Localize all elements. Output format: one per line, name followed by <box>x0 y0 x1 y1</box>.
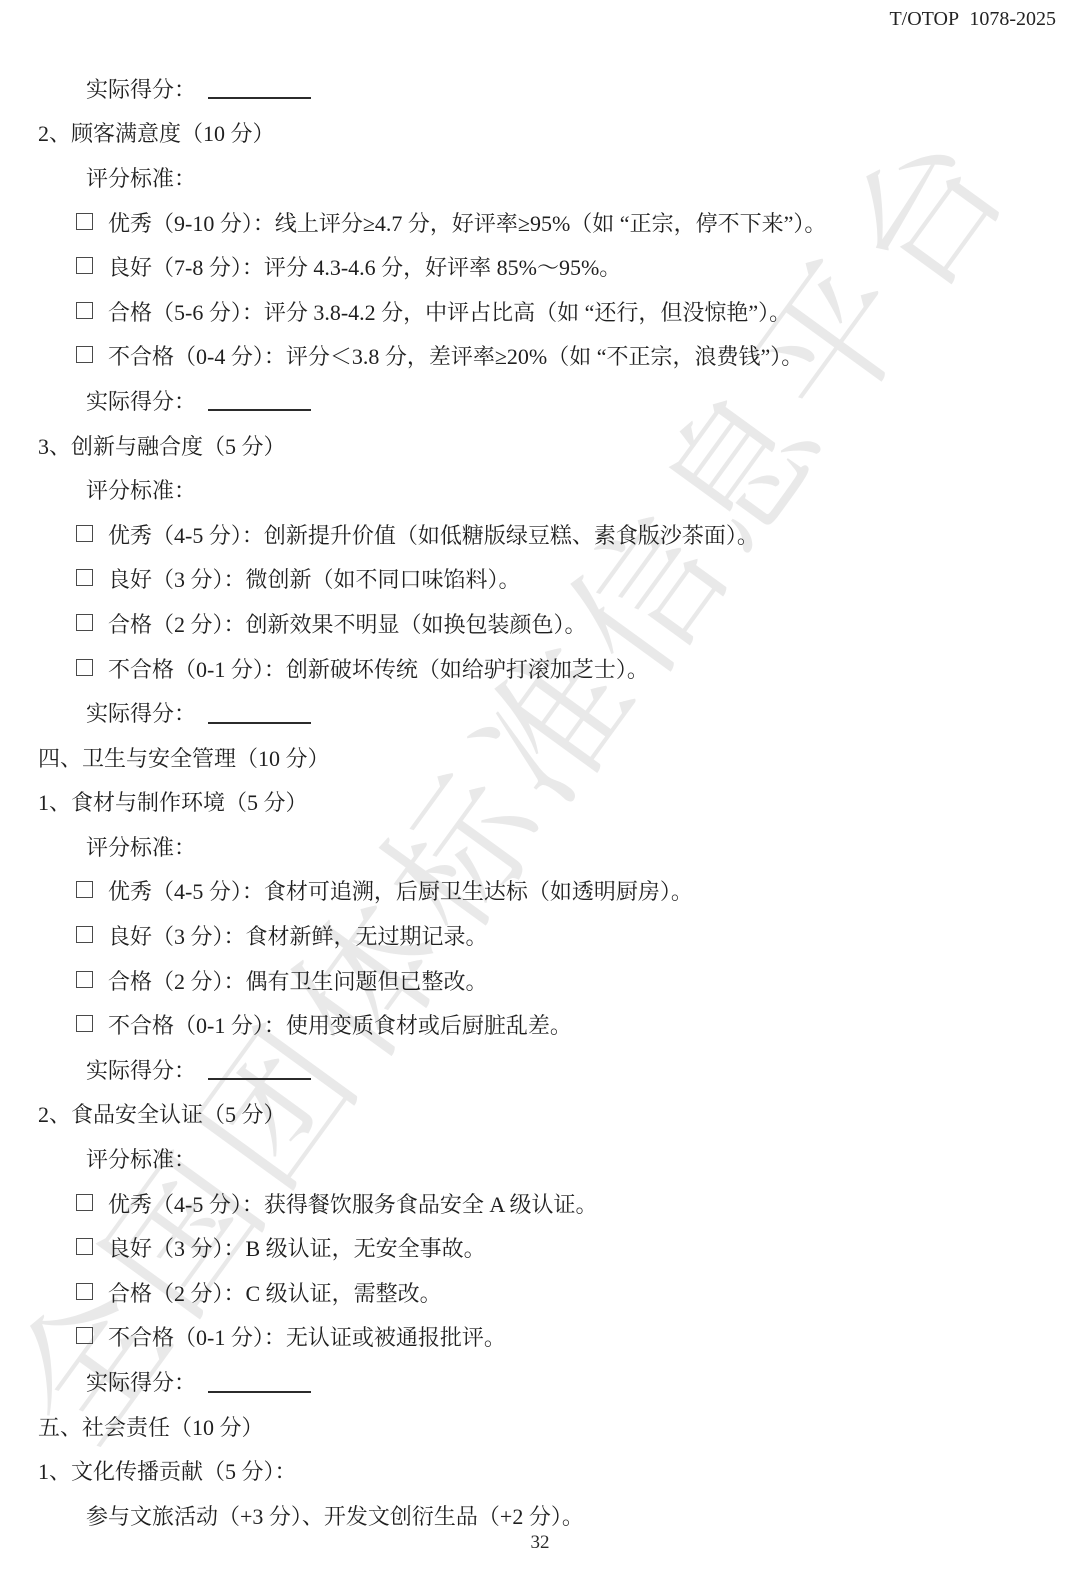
body-text: 参与文旅活动（+3 分）、开发文创衍生品（+2 分）。 <box>0 1493 1080 1538</box>
checkbox-icon <box>76 1015 93 1032</box>
option-text: 合格（2 分）：创新效果不明显（如换包装颜色）。 <box>108 608 587 639</box>
section-heading: 1、食材与制作环境（5 分） <box>0 780 1080 825</box>
section-heading: 2、食品安全认证（5 分） <box>0 1092 1080 1137</box>
score-blank-line <box>208 409 311 411</box>
criteria-option: 优秀（4-5 分）：食材可追溯，后厨卫生达标（如透明厨房）。 <box>0 869 1080 914</box>
score-label: 实际得分： <box>86 73 196 104</box>
standard-number-header: T/OTOP 1078-2025 <box>889 8 1056 31</box>
section-heading: 3、创新与融合度（5 分） <box>0 423 1080 468</box>
option-text: 不合格（0-1 分）：创新破坏传统（如给驴打滚加芝士）。 <box>108 653 649 684</box>
criteria-option: 良好（3 分）：食材新鲜，无过期记录。 <box>0 913 1080 958</box>
criteria-option: 良好（7-8 分）：评分 4.3-4.6 分，好评率 85%～95%。 <box>0 244 1080 289</box>
criteria-label: 评分标准： <box>0 824 1080 869</box>
score-label: 实际得分： <box>86 385 196 416</box>
criteria-option: 良好（3 分）：B 级认证，无安全事故。 <box>0 1225 1080 1270</box>
checkbox-icon <box>76 659 93 676</box>
criteria-option: 合格（2 分）：偶有卫生问题但已整改。 <box>0 958 1080 1003</box>
section-heading: 1、文化传播贡献（5 分）： <box>0 1448 1080 1493</box>
criteria-option: 不合格（0-1 分）：创新破坏传统（如给驴打滚加芝士）。 <box>0 646 1080 691</box>
checkbox-icon <box>76 1327 93 1344</box>
checkbox-icon <box>76 525 93 542</box>
checkbox-icon <box>76 569 93 586</box>
document-body: 实际得分：2、顾客满意度（10 分）评分标准：优秀（9-10 分）：线上评分≥4… <box>0 66 1080 1538</box>
criteria-option: 良好（3 分）：微创新（如不同口味馅料）。 <box>0 557 1080 602</box>
option-text: 良好（3 分）：微创新（如不同口味馅料）。 <box>108 563 521 594</box>
score-label: 实际得分： <box>86 1054 196 1085</box>
option-text: 优秀（4-5 分）：获得餐饮服务食品安全 A 级认证。 <box>108 1188 598 1219</box>
actual-score-line: 实际得分： <box>0 1359 1080 1404</box>
actual-score-line: 实际得分： <box>0 378 1080 423</box>
document-page: 全国团体标准信息平台 T/OTOP 1078-2025 实际得分：2、顾客满意度… <box>0 0 1080 1574</box>
option-text: 不合格（0-1 分）：使用变质食材或后厨脏乱差。 <box>108 1009 572 1040</box>
option-text: 优秀（9-10 分）：线上评分≥4.7 分，好评率≥95%（如 “正宗，停不下来… <box>108 207 826 238</box>
option-text: 优秀（4-5 分）：创新提升价值（如低糖版绿豆糕、素食版沙茶面）。 <box>108 519 759 550</box>
checkbox-icon <box>76 346 93 363</box>
actual-score-line: 实际得分： <box>0 1047 1080 1092</box>
actual-score-line: 实际得分： <box>0 66 1080 111</box>
criteria-option: 合格（2 分）：创新效果不明显（如换包装颜色）。 <box>0 601 1080 646</box>
criteria-label: 评分标准： <box>0 155 1080 200</box>
criteria-option: 优秀（4-5 分）：获得餐饮服务食品安全 A 级认证。 <box>0 1181 1080 1226</box>
section-heading: 四、卫生与安全管理（10 分） <box>0 735 1080 780</box>
page-number: 32 <box>0 1532 1080 1554</box>
criteria-label: 评分标准： <box>0 467 1080 512</box>
option-text: 合格（2 分）：C 级认证，需整改。 <box>108 1277 442 1308</box>
criteria-option: 合格（2 分）：C 级认证，需整改。 <box>0 1270 1080 1315</box>
checkbox-icon <box>76 302 93 319</box>
option-text: 良好（7-8 分）：评分 4.3-4.6 分，好评率 85%～95%。 <box>108 251 621 282</box>
criteria-label: 评分标准： <box>0 1136 1080 1181</box>
option-text: 合格（2 分）：偶有卫生问题但已整改。 <box>108 965 488 996</box>
checkbox-icon <box>76 1194 93 1211</box>
score-blank-line <box>208 1078 311 1080</box>
option-text: 良好（3 分）：食材新鲜，无过期记录。 <box>108 920 488 951</box>
checkbox-icon <box>76 257 93 274</box>
checkbox-icon <box>76 1238 93 1255</box>
option-text: 优秀（4-5 分）：食材可追溯，后厨卫生达标（如透明厨房）。 <box>108 875 693 906</box>
actual-score-line: 实际得分： <box>0 690 1080 735</box>
option-text: 不合格（0-1 分）：无认证或被通报批评。 <box>108 1321 506 1352</box>
option-text: 不合格（0-4 分）：评分＜3.8 分，差评率≥20%（如 “不正宗，浪费钱”）… <box>108 340 803 371</box>
score-blank-line <box>208 1391 311 1393</box>
checkbox-icon <box>76 614 93 631</box>
section-heading: 2、顾客满意度（10 分） <box>0 111 1080 156</box>
option-text: 合格（5-6 分）：评分 3.8-4.2 分，中评占比高（如 “还行，但没惊艳”… <box>108 296 791 327</box>
checkbox-icon <box>76 881 93 898</box>
score-blank-line <box>208 97 311 99</box>
criteria-option: 不合格（0-4 分）：评分＜3.8 分，差评率≥20%（如 “不正宗，浪费钱”）… <box>0 334 1080 379</box>
criteria-option: 合格（5-6 分）：评分 3.8-4.2 分，中评占比高（如 “还行，但没惊艳”… <box>0 289 1080 334</box>
section-heading: 五、社会责任（10 分） <box>0 1404 1080 1449</box>
checkbox-icon <box>76 926 93 943</box>
criteria-option: 不合格（0-1 分）：无认证或被通报批评。 <box>0 1315 1080 1360</box>
option-text: 良好（3 分）：B 级认证，无安全事故。 <box>108 1232 486 1263</box>
checkbox-icon <box>76 971 93 988</box>
criteria-option: 不合格（0-1 分）：使用变质食材或后厨脏乱差。 <box>0 1002 1080 1047</box>
score-blank-line <box>208 722 311 724</box>
score-label: 实际得分： <box>86 697 196 728</box>
score-label: 实际得分： <box>86 1366 196 1397</box>
checkbox-icon <box>76 213 93 230</box>
criteria-option: 优秀（9-10 分）：线上评分≥4.7 分，好评率≥95%（如 “正宗，停不下来… <box>0 200 1080 245</box>
criteria-option: 优秀（4-5 分）：创新提升价值（如低糖版绿豆糕、素食版沙茶面）。 <box>0 512 1080 557</box>
checkbox-icon <box>76 1283 93 1300</box>
